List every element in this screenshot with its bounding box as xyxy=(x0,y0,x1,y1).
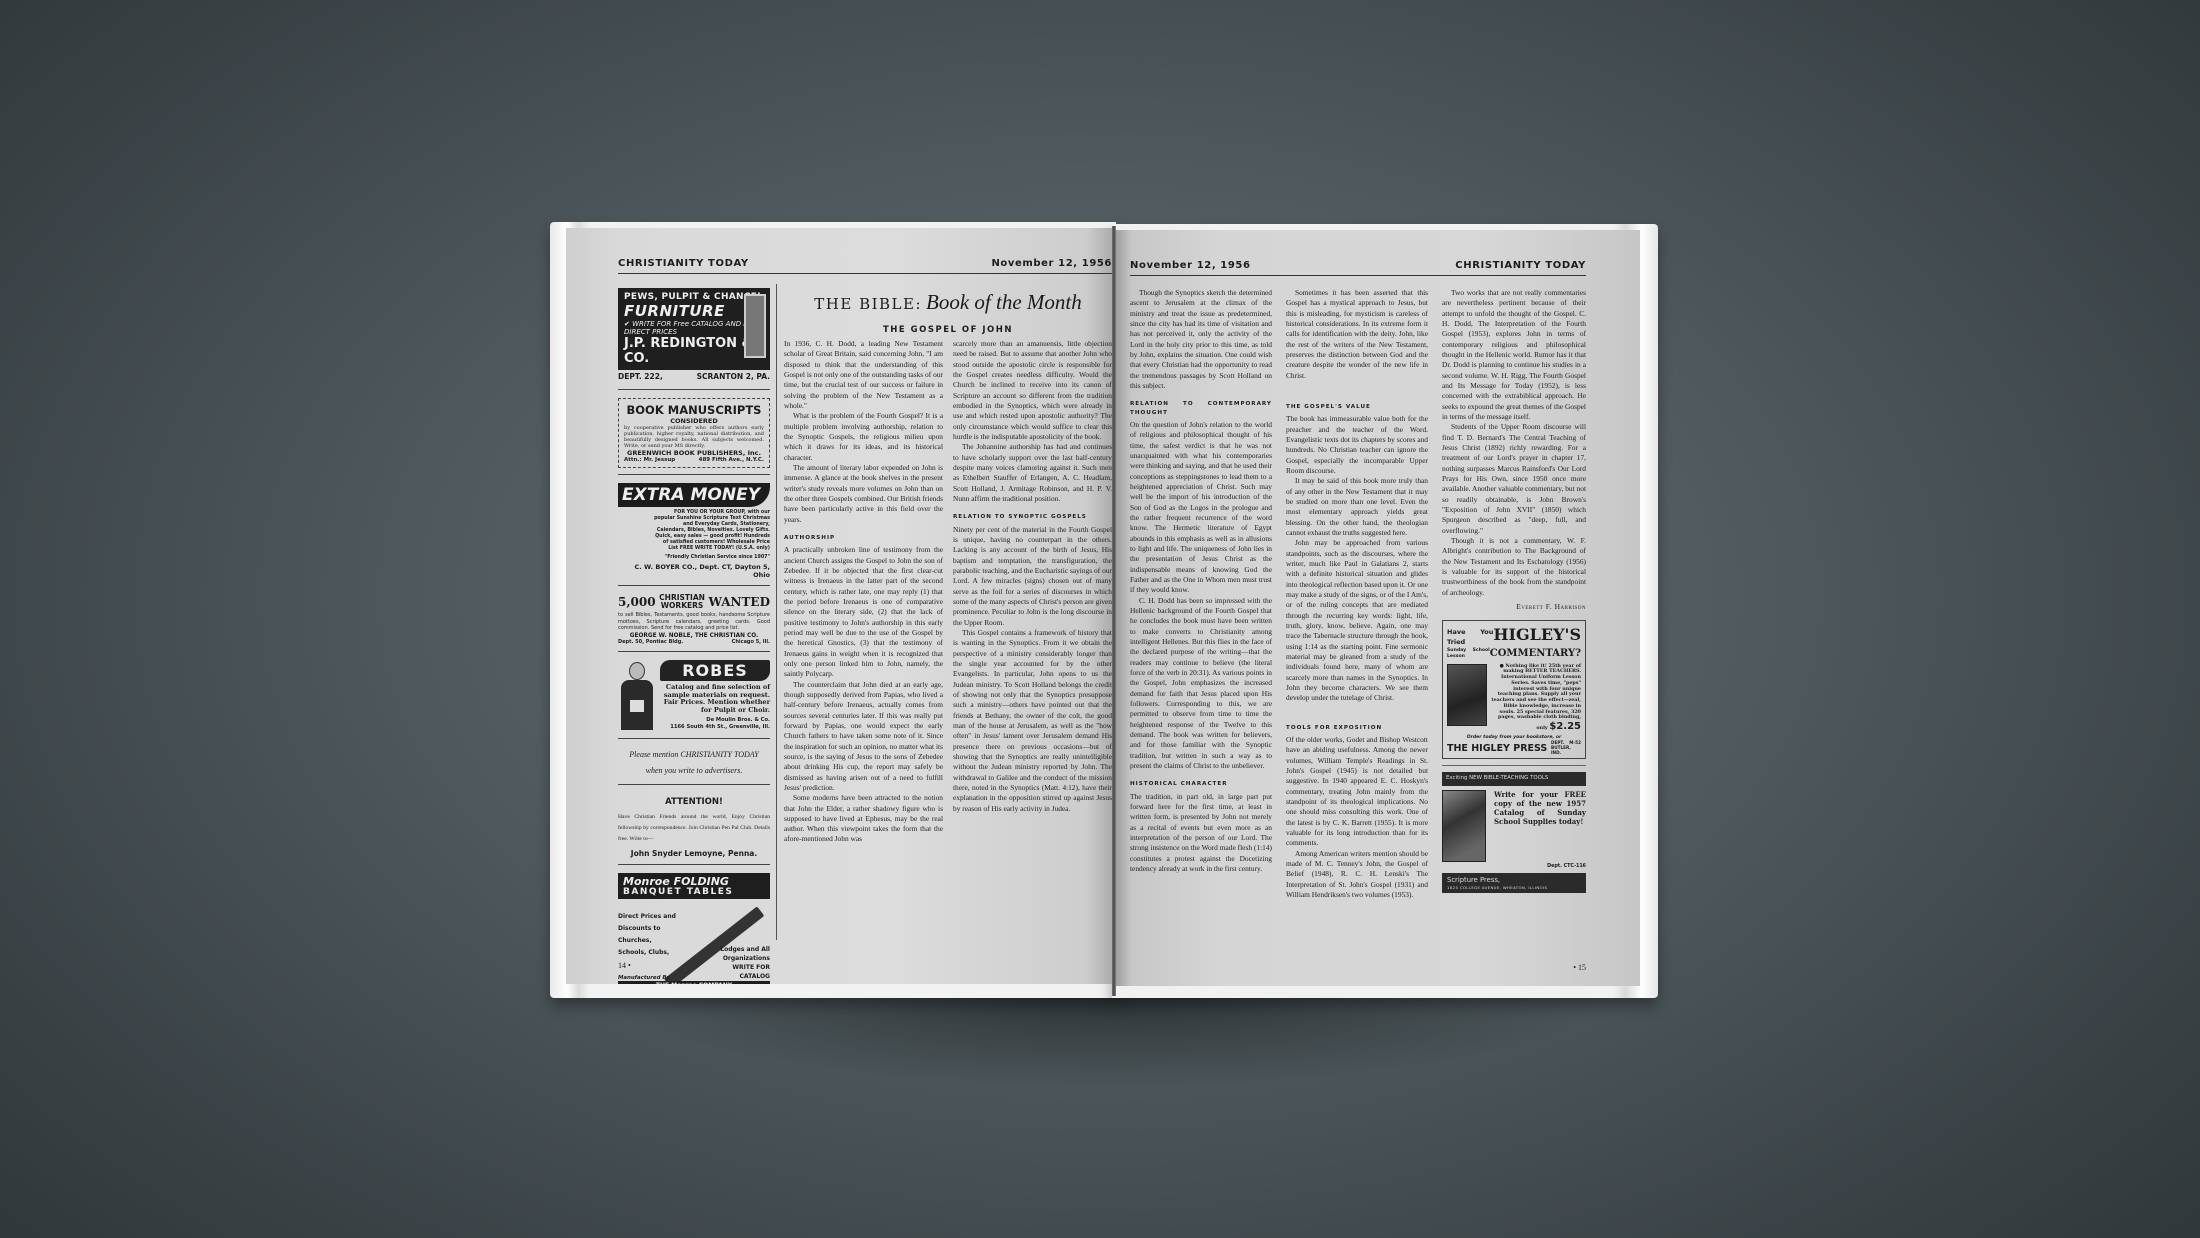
page-number: • 15 xyxy=(1573,963,1586,972)
article-column-2: scarcely more than an amanuensis, little… xyxy=(953,339,1112,845)
article-column-3: Though the Synoptics sketch the determin… xyxy=(1130,288,1272,900)
ad-dept: DEPT. M-52 BUTLER, IND. xyxy=(1551,741,1581,755)
ad-title: ATTENTION! xyxy=(618,797,770,807)
paragraph: This Gospel contains a framework of hist… xyxy=(953,628,1112,814)
paragraph: On the question of John's relation to th… xyxy=(1130,420,1272,596)
ad-body: Have Christian Friends around the world,… xyxy=(618,812,770,845)
issue-date: November 12, 1956 xyxy=(991,258,1112,269)
ad-city: Chicago 5, Ill. xyxy=(732,639,770,645)
paragraph: Two works that are not really commentari… xyxy=(1442,288,1586,422)
section-heading: AUTHORSHIP xyxy=(784,534,943,542)
section-heading: RELATION TO SYNOPTIC GOSPELS xyxy=(953,513,1112,521)
ad-title: Monroe FOLDING xyxy=(623,875,765,888)
ad-company: THE Monroe COMPANY xyxy=(618,981,770,984)
ad-company: Scripture Press, xyxy=(1447,876,1581,885)
ad-line: ✔ WRITE FOR Free CATALOG AND LOW DIRECT … xyxy=(624,320,764,336)
ad-body: Write for your FREE copy of the new 1957… xyxy=(1490,790,1586,862)
ad-body: to sell Bibles, Testaments, good books, … xyxy=(618,612,770,631)
ad-tagline: "Friendly Christian Service since 1907" xyxy=(618,555,770,561)
ad-monroe-tables: Monroe FOLDING BANQUET TABLES Direct Pri… xyxy=(618,869,770,984)
column-rule xyxy=(776,284,777,940)
ad-subtitle: CONSIDERED xyxy=(624,417,764,425)
author-byline: Everett F. Harrison xyxy=(1442,602,1586,612)
paragraph: Though the Synoptics sketch the determin… xyxy=(1130,288,1272,391)
paragraph: What is the problem of the Fourth Gospel… xyxy=(784,411,943,463)
headline-title: Book of the Month xyxy=(926,290,1082,314)
ad-contact: John Snyder Lemoyne, Penna. xyxy=(618,849,770,858)
notice-line: when you write to advertisers. xyxy=(618,763,770,780)
publication-name: CHRISTIANITY TODAY xyxy=(618,258,749,269)
ad-higley-commentary: Have You Tried HIGLEY'S Sunday School Le… xyxy=(1442,620,1586,759)
section-heading: RELATION TO CONTEMPORARY THOUGHT xyxy=(1130,400,1272,417)
paragraph: In 1936, C. H. Dodd, a leading New Testa… xyxy=(784,339,943,411)
ad-company: De Moulin Bros. & Co. xyxy=(660,717,770,724)
ad-cta: WRITE FOR CATALOG xyxy=(700,963,770,981)
ad-title: FURNITURE xyxy=(624,302,764,320)
paragraph: It may be said of this book more truly t… xyxy=(1286,476,1428,538)
paragraph: Among American writers mention should be… xyxy=(1286,849,1428,901)
ad-price: $2.25 xyxy=(1549,721,1581,732)
ad-scripture-press: Exciting NEW BIBLE-TEACHING TOOLS Write … xyxy=(1442,765,1586,893)
paragraph: The counterclaim that John died at an ea… xyxy=(784,680,943,794)
ad-right-text: Lodges and All Organizations xyxy=(700,945,770,963)
ad-title: ROBES xyxy=(660,660,770,681)
ad-left-text: Direct Prices and Discounts to Churches,… xyxy=(618,911,678,959)
ad-address: 1825 COLLEGE AVENUE, WHEATON, ILLINOIS xyxy=(1447,885,1581,890)
article-column-5: Two works that are not really commentari… xyxy=(1442,288,1586,900)
paragraph: The tradition, in part old, in large par… xyxy=(1130,792,1272,875)
notice-line: Please mention CHRISTIANITY TODAY xyxy=(618,747,770,764)
paragraph: John may be approached from various stan… xyxy=(1286,538,1428,703)
ad-title: CHRISTIAN WORKERS xyxy=(656,594,709,611)
ad-book-manuscripts: BOOK MANUSCRIPTS CONSIDERED by cooperati… xyxy=(618,394,770,475)
paragraph: Of the older works, Godet and Bishop Wes… xyxy=(1286,735,1428,849)
ad-pen-pal: ATTENTION! Have Christian Friends around… xyxy=(618,789,770,865)
ad-dept: Dept. CTC-116 xyxy=(1442,864,1586,871)
left-page[interactable]: CHRISTIANITY TODAY November 12, 1956 PEW… xyxy=(566,228,1114,984)
section-heading: HISTORICAL CHARACTER xyxy=(1130,780,1272,788)
ad-body: by cooperative publisher who offers auth… xyxy=(624,425,764,449)
paragraph: Though it is not a commentary, W. F. Alb… xyxy=(1442,536,1586,598)
article-headline: THE BIBLE: Book of the Month xyxy=(784,290,1112,315)
section-heading: TOOLS FOR EXPOSITION xyxy=(1286,724,1428,732)
running-head: November 12, 1956 CHRISTIANITY TODAY xyxy=(1130,260,1586,276)
paragraph: Students of the Upper Room discourse wil… xyxy=(1442,422,1586,536)
ad-dept: DEPT. 222, xyxy=(618,372,663,381)
ad-line: PEWS, PULPIT & CHANCEL xyxy=(624,292,764,302)
ad-number: 5,000 xyxy=(618,595,656,609)
ad-subtitle: COMMENTARY? xyxy=(1490,647,1581,661)
ad-wanted: WANTED xyxy=(709,595,770,609)
article-subhead: THE GOSPEL OF JOHN xyxy=(784,325,1112,335)
paragraph: The Johannine authorship has had and con… xyxy=(953,442,1112,504)
ad-banner: Exciting NEW BIBLE-TEACHING TOOLS xyxy=(1442,772,1586,786)
paragraph: Some moderns have been attracted to the … xyxy=(784,793,943,845)
running-head: CHRISTIANITY TODAY November 12, 1956 xyxy=(618,258,1112,274)
ad-title: EXTRA MONEY xyxy=(618,483,770,507)
ad-company: J.P. REDINGTON & CO. xyxy=(624,336,764,366)
ad-body: Catalog and fine selection of sample mat… xyxy=(660,684,770,714)
book-cover-icon xyxy=(1447,664,1487,726)
catalog-cover-icon xyxy=(1442,790,1486,862)
advertisement-column: PEWS, PULPIT & CHANCEL FURNITURE ✔ WRITE… xyxy=(618,284,770,984)
article-column-4: Sometimes it has been asserted that this… xyxy=(1286,288,1428,900)
ad-line: Have You Tried xyxy=(1447,628,1493,646)
right-page[interactable]: November 12, 1956 CHRISTIANITY TODAY Tho… xyxy=(1116,230,1640,986)
ad-company: C. W. BOYER CO., Dept. CT, Dayton 5, Ohi… xyxy=(618,563,770,579)
magazine-viewer: CHRISTIANITY TODAY November 12, 1956 PEW… xyxy=(0,0,2200,1238)
article-column-1: In 1936, C. H. Dodd, a leading New Testa… xyxy=(784,339,943,845)
ad-line: Sunday School Lesson xyxy=(1447,648,1490,661)
ad-extra-money: EXTRA MONEY FOR YOU OR YOUR GROUP, with … xyxy=(618,479,770,586)
ad-body: FOR YOU OR YOUR GROUP, with our popular … xyxy=(618,510,770,552)
paragraph: The book has immeasurable value both for… xyxy=(1286,414,1428,476)
headline-section: THE BIBLE: xyxy=(814,295,922,313)
paragraph: A practically unbroken line of testimony… xyxy=(784,545,943,679)
ad-address: 489 Fifth Ave., N.Y.C. xyxy=(699,457,764,463)
ad-dept: Dept. 50, Pontiac Bldg. xyxy=(618,639,683,645)
ad-title: BOOK MANUSCRIPTS xyxy=(624,403,764,417)
ad-publisher: GREENWICH BOOK PUBLISHERS, Inc. xyxy=(624,449,764,457)
paragraph: Sometimes it has been asserted that this… xyxy=(1286,288,1428,381)
ad-subtitle: BANQUET TABLES xyxy=(623,888,765,897)
ad-redington-furniture: PEWS, PULPIT & CHANCEL FURNITURE ✔ WRITE… xyxy=(618,284,770,390)
publication-name: CHRISTIANITY TODAY xyxy=(1455,260,1586,271)
paragraph: scarcely more than an amanuensis, little… xyxy=(953,339,1112,442)
page-number: 14 • xyxy=(618,961,631,970)
paragraph: C. H. Dodd has been so impressed with th… xyxy=(1130,596,1272,772)
advertiser-notice: Please mention CHRISTIANITY TODAY when y… xyxy=(618,743,770,786)
ad-attn: Attn.: Mr. Jessup xyxy=(624,457,675,463)
section-heading: THE GOSPEL'S VALUE xyxy=(1286,403,1428,411)
ad-robes: ROBES Catalog and fine selection of samp… xyxy=(618,656,770,738)
paragraph: The amount of literary labor expended on… xyxy=(784,463,943,525)
article: THE BIBLE: Book of the Month THE GOSPEL … xyxy=(784,284,1112,845)
issue-date: November 12, 1956 xyxy=(1130,260,1251,271)
ad-company: THE HIGLEY PRESS xyxy=(1447,742,1547,755)
magazine-spread[interactable]: CHRISTIANITY TODAY November 12, 1956 PEW… xyxy=(550,222,1658,998)
ad-address: 1166 South 4th St., Greenville, Ill. xyxy=(660,724,770,731)
choir-figure-icon xyxy=(618,660,656,730)
door-illustration-icon xyxy=(744,294,766,358)
ad-city: SCRANTON 2, PA. xyxy=(697,372,770,381)
paragraph: Ninety per cent of the material in the F… xyxy=(953,525,1112,628)
ad-title: HIGLEY'S xyxy=(1493,624,1581,646)
ad-christian-workers: 5,000 CHRISTIAN WORKERS WANTED to sell B… xyxy=(618,590,770,652)
